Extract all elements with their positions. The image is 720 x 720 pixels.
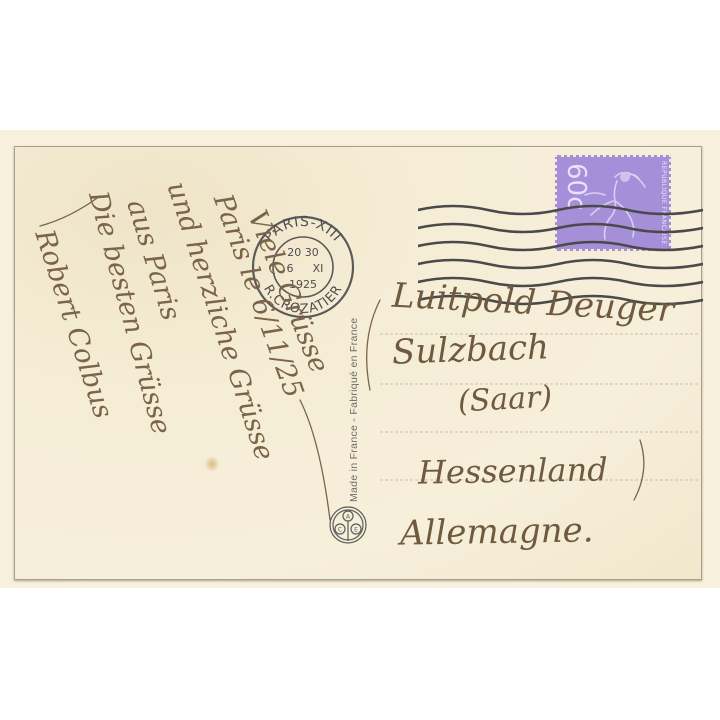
postmark-time: 20 30 <box>287 246 319 259</box>
foxing-stain <box>205 457 219 471</box>
address-line-country: Allemagne. <box>400 510 594 553</box>
publisher-imprint: Made in France - Fabriqué en France <box>348 290 360 502</box>
svg-text:E: E <box>354 527 358 534</box>
address-line-region: (Saar) <box>457 380 553 420</box>
address-line-town: Sulzbach <box>391 327 549 372</box>
svg-text:C: C <box>338 527 342 534</box>
svg-text:A: A <box>346 514 351 521</box>
postmark-month: XI <box>313 262 324 275</box>
address-line-state: Hessenland <box>418 450 608 491</box>
